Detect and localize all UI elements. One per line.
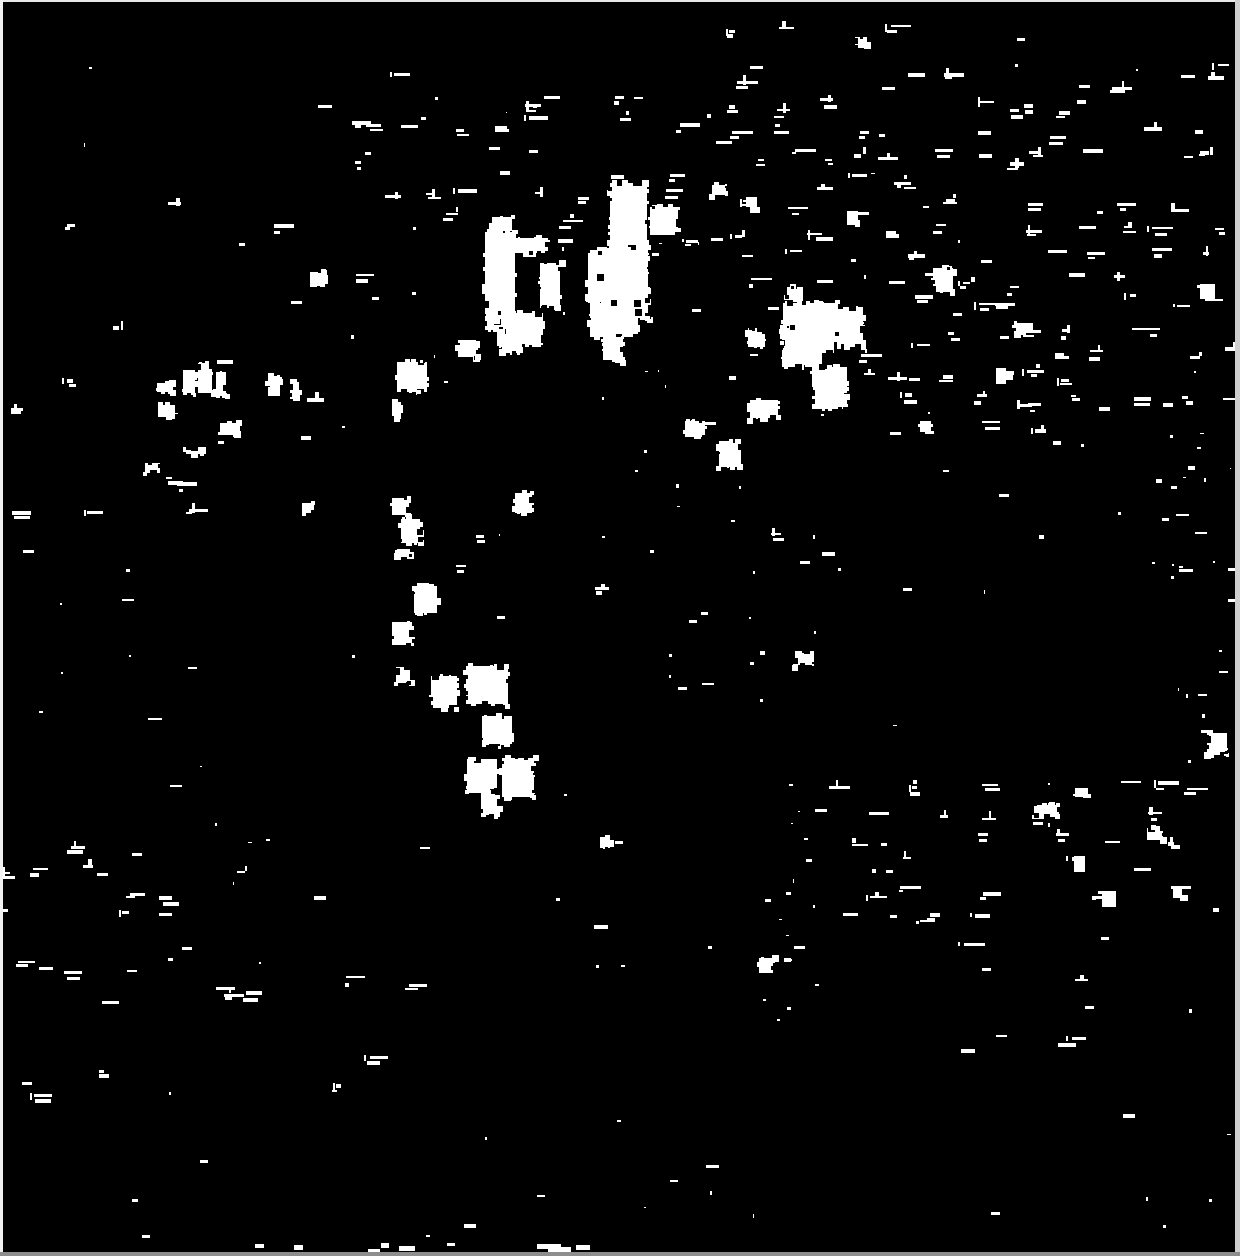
binary-mask-figure [0, 0, 1240, 1256]
binary-mask-canvas [0, 0, 1240, 1256]
